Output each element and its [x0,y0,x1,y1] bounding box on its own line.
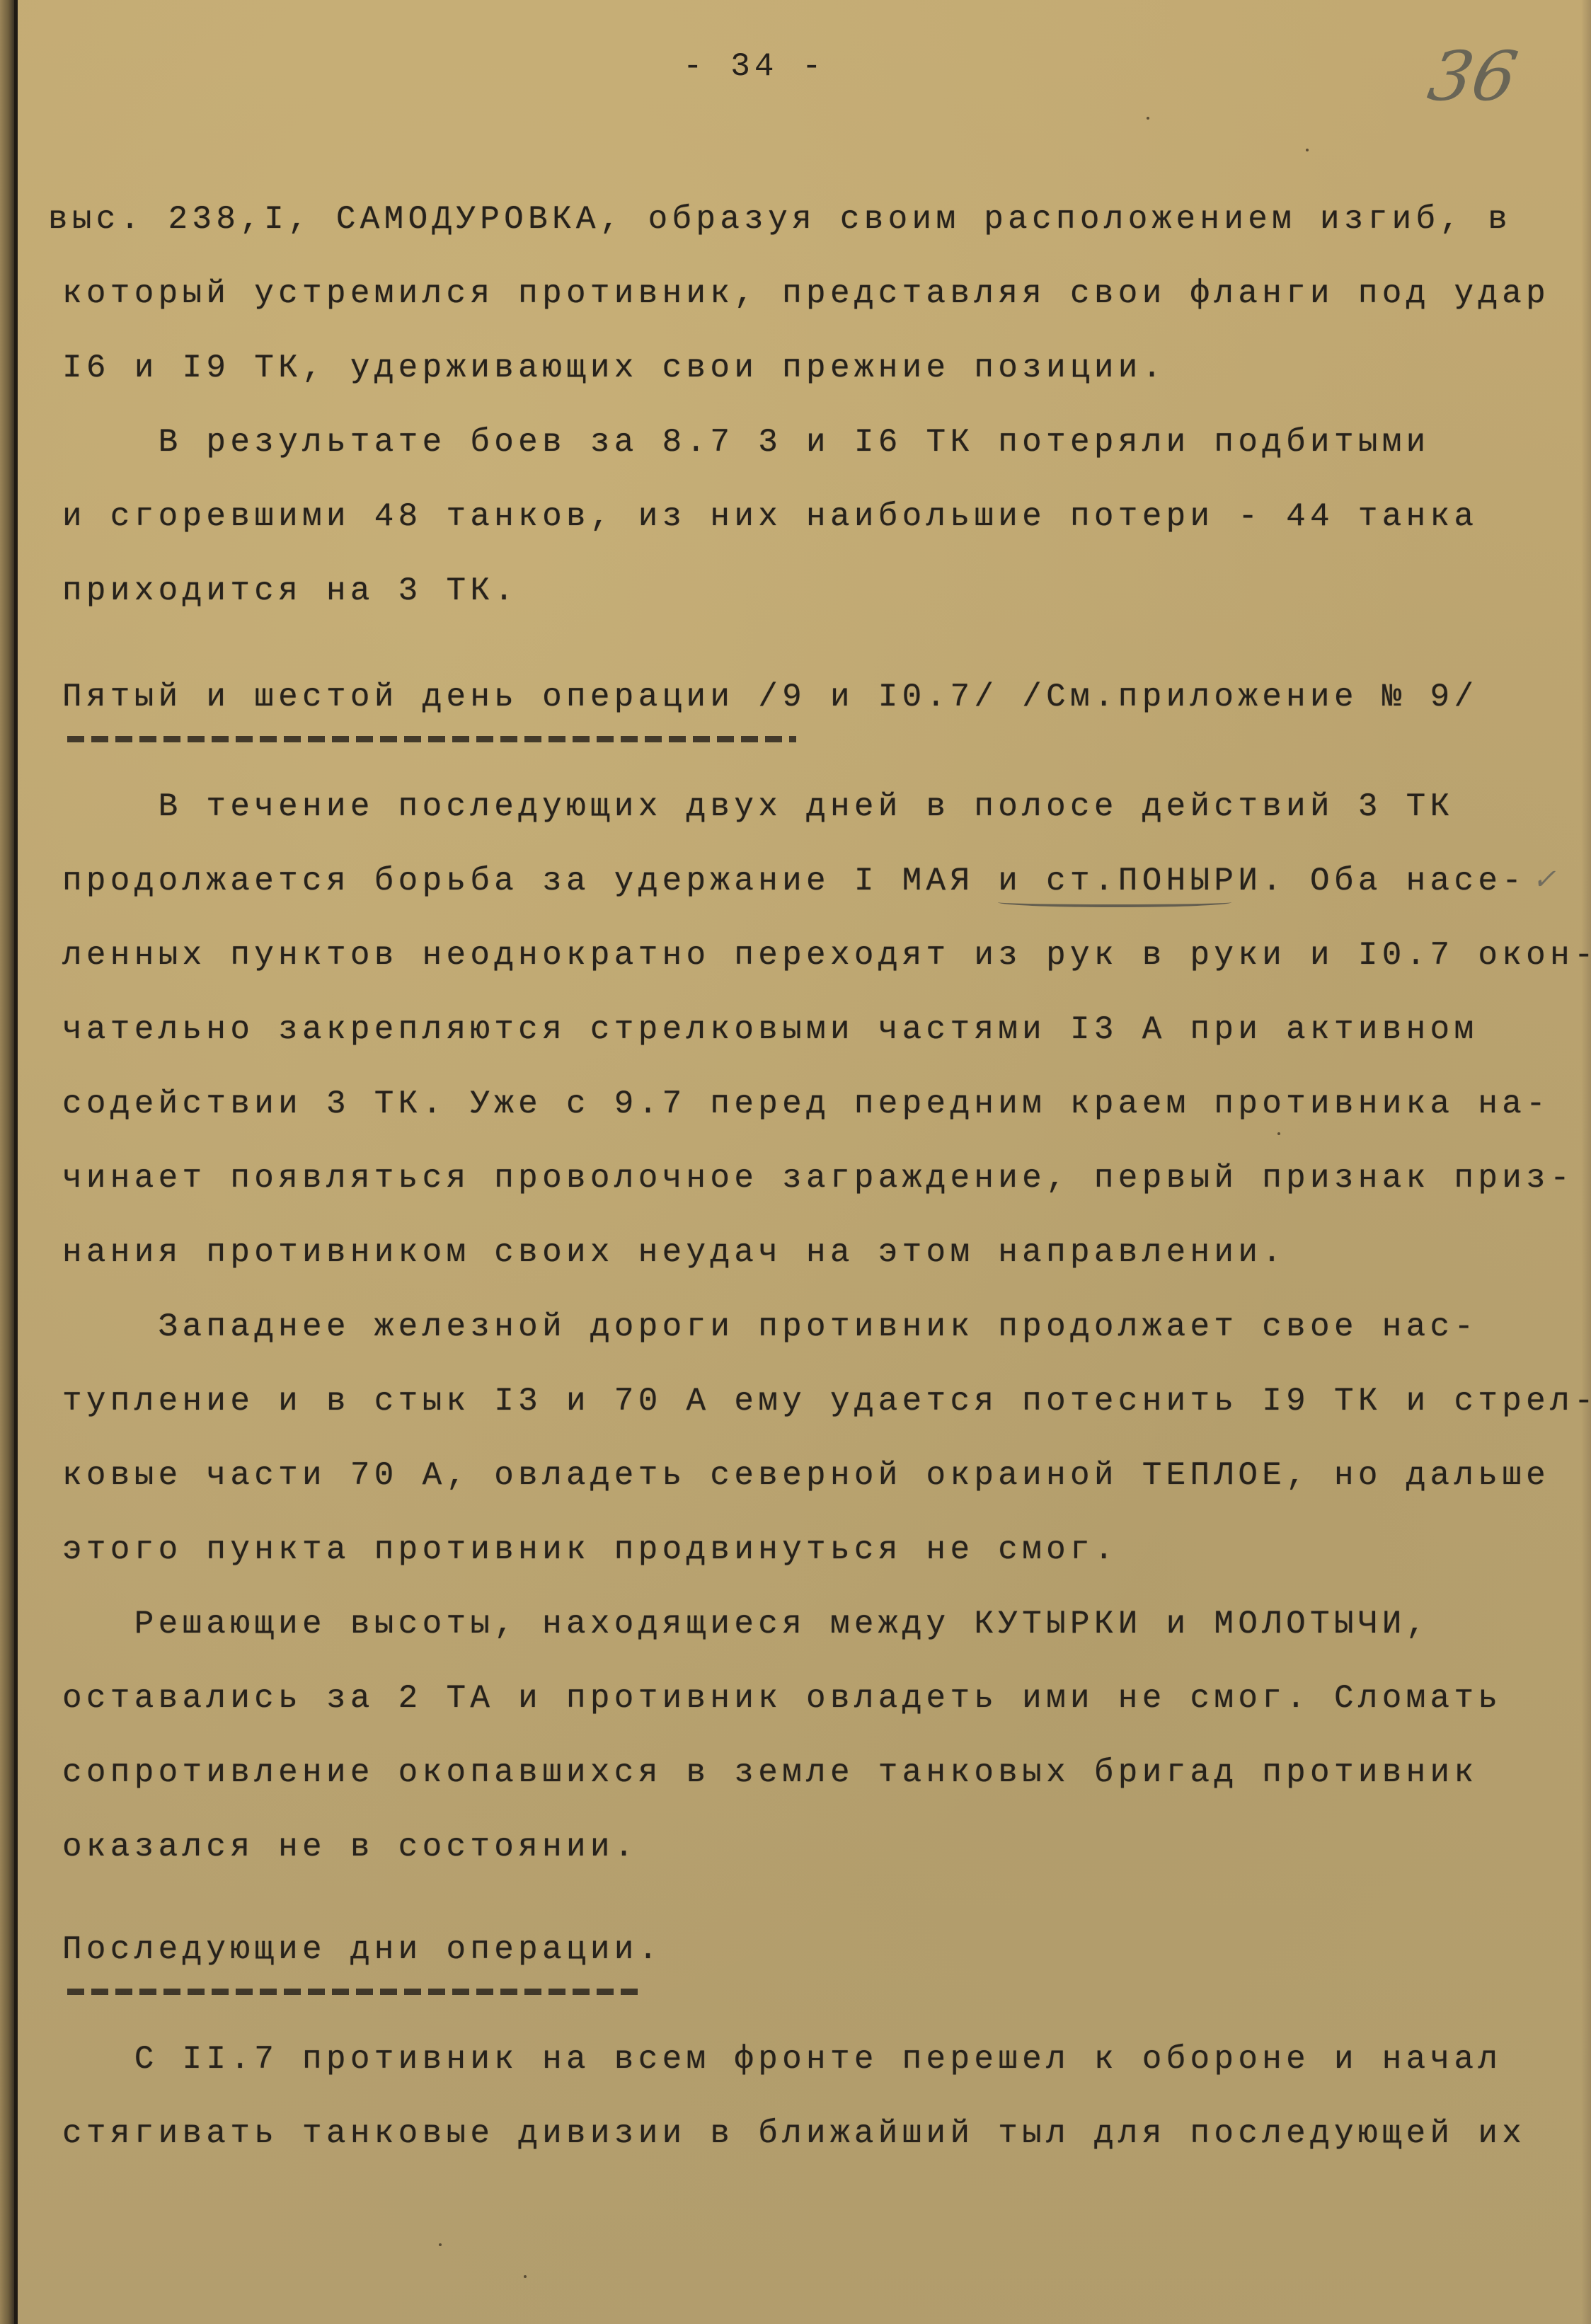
section-heading-following-days: Последующие дни операции. [62,1928,662,1971]
text-line: стягивать танковые дивизии в ближайший т… [62,2112,1526,2155]
text-line: тупление и в стык I3 и 70 А ему удается … [62,1380,1591,1422]
text-line: сопротивление окопавшихся в земле танков… [62,1751,1478,1794]
paper-speck [1147,117,1149,120]
paper-speck [1277,1132,1280,1135]
left-page-edge [0,0,14,2324]
text-line: Решающие высоты, находящиеся между КУТЫР… [62,1603,1430,1645]
section-heading-fifth-sixth-day: Пятый и шестой день операции /9 и I0.7/ … [62,676,1478,718]
text-line: оказался не в состоянии. [62,1826,638,1868]
text-line: этого пункта противник продвинуться не с… [62,1529,1118,1571]
text-line: и сгоревшими 48 танков, из них наибольши… [62,495,1478,538]
right-page-edge [1581,0,1591,2324]
typed-page-number: - 34 - [683,48,826,85]
text-line: Западнее железной дороги противник продо… [62,1306,1478,1348]
text-line: чинает появляться проволочное заграждени… [62,1157,1574,1200]
text-line: В течение последующих двух дней в полосе… [62,786,1454,828]
heading-dashed-underline [67,736,796,742]
text-line: содействии 3 ТК. Уже с 9.7 перед передни… [62,1083,1550,1125]
text-line: С II.7 противник на всем фронте перешел … [62,2038,1502,2081]
left-binding-line [14,0,18,2324]
text-line: ковые части 70 А, овладеть северной окра… [62,1454,1550,1497]
paper-speck [1306,149,1309,151]
heading-dashed-underline [67,1989,644,1995]
paper-speck [524,2275,527,2278]
pencil-underline-mark [998,897,1231,907]
text-line: чательно закрепляются стрелковыми частям… [62,1008,1478,1051]
text-line: ленных пунктов неоднократно переходят из… [62,934,1591,977]
text-line: нания противником своих неудач на этом н… [62,1231,1286,1274]
margin-check-mark-icon: ✓ [1532,863,1556,896]
text-line: приходится на 3 ТК. [62,570,518,612]
paper-speck [439,2243,442,2246]
text-line: оставались за 2 ТА и противник овладеть … [62,1677,1502,1720]
text-line: I6 и I9 ТК, удерживающих свои прежние по… [62,347,1166,389]
text-line: который устремился противник, представля… [62,272,1550,315]
text-line: выс. 238,I, САМОДУРОВКА, образуя своим р… [48,198,1512,241]
text-line: В результате боев за 8.7 3 и I6 ТК потер… [62,421,1430,464]
handwritten-folio-number: 36 [1423,37,1523,116]
text-line: продолжается борьба за удержание I МАЯ и… [62,860,1526,902]
